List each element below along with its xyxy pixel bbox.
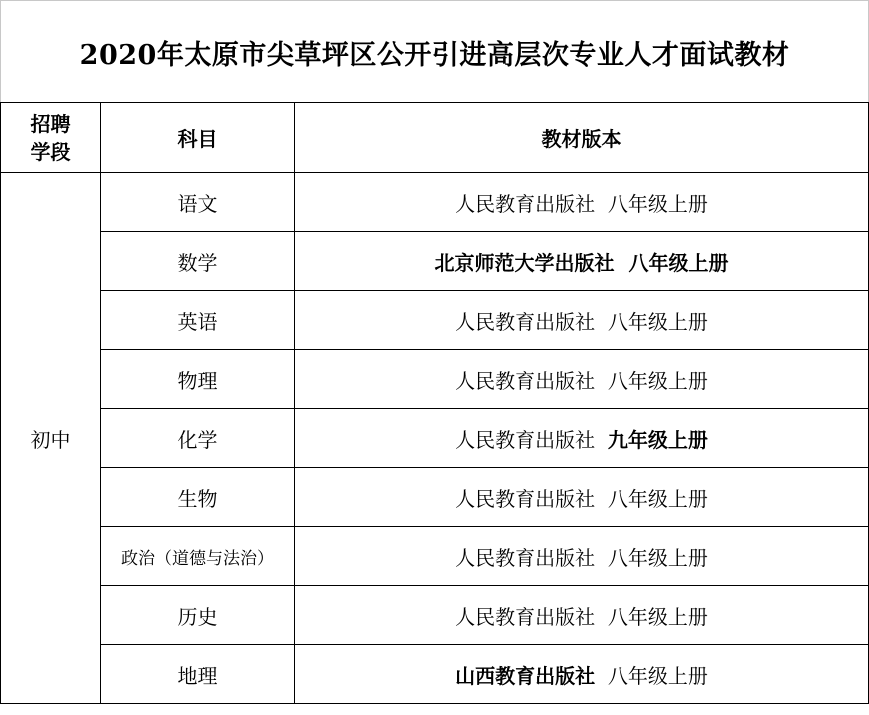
table-row: 初中 语文 人民教育出版社 八年级上册 <box>1 173 869 232</box>
header-row: 招聘 学段 科目 教材版本 <box>1 103 869 173</box>
header-stage: 招聘 学段 <box>1 103 101 173</box>
subject-cell: 数学 <box>101 232 295 291</box>
textbook-cell: 人民教育出版社 八年级上册 <box>295 350 869 409</box>
table-row: 数学 北京师范大学出版社 八年级上册 <box>1 232 869 291</box>
table-row: 生物 人民教育出版社 八年级上册 <box>1 468 869 527</box>
header-subject: 科目 <box>101 103 295 173</box>
textbook-cell: 人民教育出版社 八年级上册 <box>295 527 869 586</box>
subject-cell: 地理 <box>101 645 295 704</box>
header-textbook: 教材版本 <box>295 103 869 173</box>
table-row: 政治（道德与法治） 人民教育出版社 八年级上册 <box>1 527 869 586</box>
textbook-cell: 人民教育出版社 八年级上册 <box>295 173 869 232</box>
subject-cell: 英语 <box>101 291 295 350</box>
table-row: 地理 山西教育出版社 八年级上册 <box>1 645 869 704</box>
textbook-cell: 人民教育出版社 八年级上册 <box>295 468 869 527</box>
header-stage-line1: 招聘 <box>31 112 71 136</box>
table-row: 英语 人民教育出版社 八年级上册 <box>1 291 869 350</box>
subject-cell: 语文 <box>101 173 295 232</box>
subject-cell: 政治（道德与法治） <box>101 527 295 586</box>
textbook-cell: 山西教育出版社 八年级上册 <box>295 645 869 704</box>
subject-cell: 历史 <box>101 586 295 645</box>
header-stage-line2: 学段 <box>31 140 71 164</box>
subject-cell: 化学 <box>101 409 295 468</box>
table-row: 物理 人民教育出版社 八年级上册 <box>1 350 869 409</box>
table-row: 化学 人民教育出版社 九年级上册 <box>1 409 869 468</box>
textbook-cell: 人民教育出版社 八年级上册 <box>295 291 869 350</box>
document-title: 2020年太原市尖草坪区公开引进高层次专业人才面试教材 <box>80 33 790 72</box>
document-page: 2020年太原市尖草坪区公开引进高层次专业人才面试教材 招聘 学段 科目 教材版… <box>0 0 869 715</box>
table-row: 历史 人民教育出版社 八年级上册 <box>1 586 869 645</box>
stage-cell: 初中 <box>1 173 101 704</box>
textbook-table: 招聘 学段 科目 教材版本 初中 语文 人民教育出版社 八年级上册 数学 北京师… <box>0 102 869 704</box>
title-cell: 2020年太原市尖草坪区公开引进高层次专业人才面试教材 <box>0 0 869 103</box>
textbook-cell: 北京师范大学出版社 八年级上册 <box>295 232 869 291</box>
subject-cell: 物理 <box>101 350 295 409</box>
textbook-cell: 人民教育出版社 八年级上册 <box>295 586 869 645</box>
subject-cell: 生物 <box>101 468 295 527</box>
textbook-cell: 人民教育出版社 九年级上册 <box>295 409 869 468</box>
